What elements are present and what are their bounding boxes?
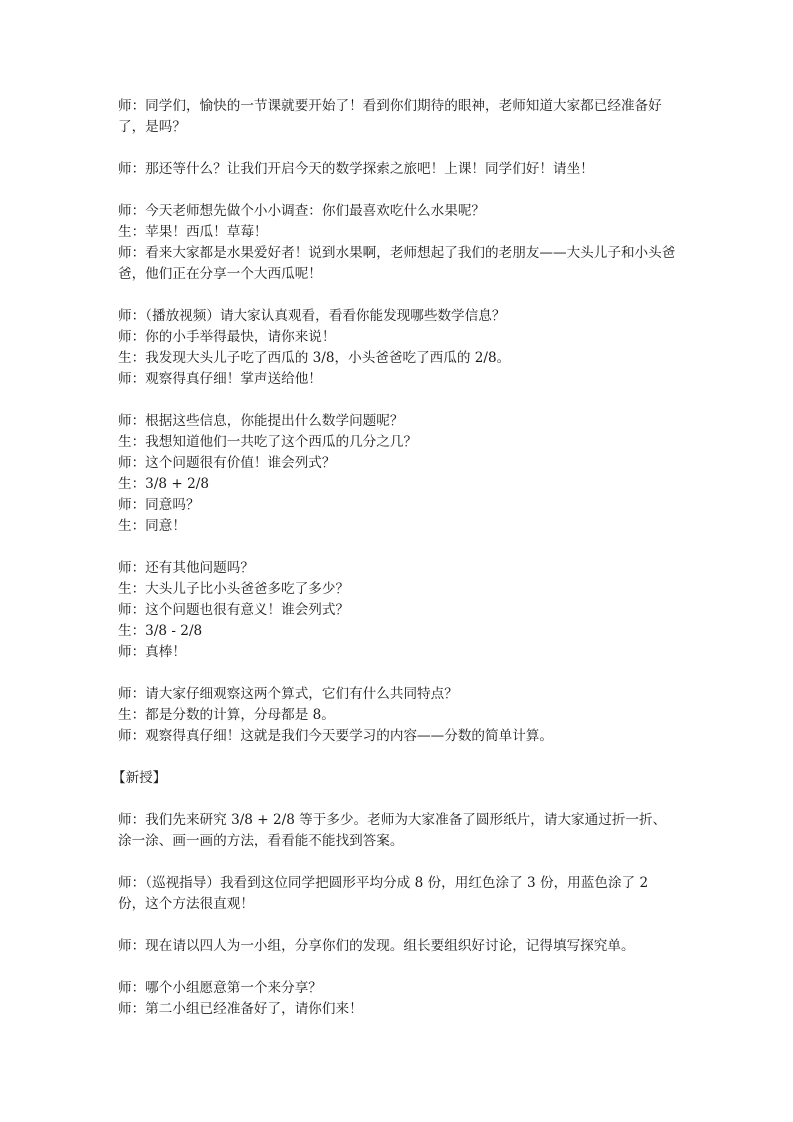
dialogue-line: 师：现在请以四人为一小组，分享你们的发现。组长要组织好讨论，记得填写探究单。	[118, 936, 678, 957]
paragraph-common-feature: 师：请大家仔细观察这两个算式，它们有什么共同特点？ 生：都是分数的计算，分母都是…	[118, 684, 678, 747]
section-heading-new-lesson: 【新授】	[112, 768, 678, 789]
dialogue-line: 生：3/8 - 2/8	[118, 621, 678, 642]
dialogue-line: 师：请大家仔细观察这两个算式，它们有什么共同特点？	[118, 684, 678, 705]
paragraph-subtraction-question: 师：还有其他问题吗？ 生：大头儿子比小头爸爸多吃了多少？ 师：这个问题也很有意义…	[118, 558, 678, 663]
dialogue-line: 师：第二小组已经准备好了，请你们来！	[118, 999, 678, 1020]
dialogue-line: 师：今天老师想先做个小小调查：你们最喜欢吃什么水果呢？	[118, 201, 678, 222]
paragraph-fruit-survey: 师：今天老师想先做个小小调查：你们最喜欢吃什么水果呢？ 生：苹果！西瓜！草莓！ …	[118, 201, 678, 285]
document-page: 师：同学们，愉快的一节课就要开始了！看到你们期待的眼神，老师知道大家都已经准备好…	[118, 96, 678, 1041]
dialogue-line: 生：都是分数的计算，分母都是 8。	[118, 705, 678, 726]
dialogue-line: 师：这个问题很有价值！谁会列式？	[118, 453, 678, 474]
dialogue-line: 生：我发现大头儿子吃了西瓜的 3/8，小头爸爸吃了西瓜的 2/8。	[118, 348, 678, 369]
dialogue-line: 师：观察得真仔细！掌声送给他！	[118, 369, 678, 390]
dialogue-line: 生：我想知道他们一共吃了这个西瓜的几分之几？	[118, 432, 678, 453]
dialogue-line: 生：大头儿子比小头爸爸多吃了多少？	[118, 579, 678, 600]
dialogue-line: 师：看来大家都是水果爱好者！说到水果啊，老师想起了我们的老朋友——大头儿子和小头…	[118, 243, 678, 285]
dialogue-line: 师：这个问题也很有意义！谁会列式？	[118, 600, 678, 621]
dialogue-line: 师：根据这些信息，你能提出什么数学问题呢？	[118, 411, 678, 432]
paragraph-explore-addition: 师：我们先来研究 3/8 + 2/8 等于多少。老师为大家准备了圆形纸片，请大家…	[118, 810, 678, 852]
paragraph-patrol-guidance: 师：（巡视指导）我看到这位同学把圆形平均分成 8 份，用红色涂了 3 份，用蓝色…	[118, 873, 678, 915]
paragraph-group-share: 师：哪个小组愿意第一个来分享？ 师：第二小组已经准备好了，请你们来！	[118, 978, 678, 1020]
dialogue-line: 生：苹果！西瓜！草莓！	[118, 222, 678, 243]
dialogue-line: 师：（巡视指导）我看到这位同学把圆形平均分成 8 份，用红色涂了 3 份，用蓝色…	[118, 873, 678, 915]
dialogue-line: 师：（播放视频）请大家认真观看，看看你能发现哪些数学信息？	[118, 306, 678, 327]
paragraph-addition-question: 师：根据这些信息，你能提出什么数学问题呢？ 生：我想知道他们一共吃了这个西瓜的几…	[118, 411, 678, 537]
paragraph-opening: 师：同学们，愉快的一节课就要开始了！看到你们期待的眼神，老师知道大家都已经准备好…	[118, 96, 678, 138]
dialogue-line: 师：你的小手举得最快，请你来说！	[118, 327, 678, 348]
dialogue-line: 师：真棒！	[118, 642, 678, 663]
dialogue-line: 师：同学们，愉快的一节课就要开始了！看到你们期待的眼神，老师知道大家都已经准备好…	[118, 96, 678, 138]
dialogue-line: 生：同意！	[118, 516, 678, 537]
dialogue-line: 师：那还等什么？让我们开启今天的数学探索之旅吧！上课！同学们好！请坐！	[118, 159, 678, 180]
paragraph-group-discussion: 师：现在请以四人为一小组，分享你们的发现。组长要组织好讨论，记得填写探究单。	[118, 936, 678, 957]
dialogue-line: 师：同意吗？	[118, 495, 678, 516]
paragraph-start-class: 师：那还等什么？让我们开启今天的数学探索之旅吧！上课！同学们好！请坐！	[118, 159, 678, 180]
dialogue-line: 师：还有其他问题吗？	[118, 558, 678, 579]
dialogue-line: 师：哪个小组愿意第一个来分享？	[118, 978, 678, 999]
paragraph-video: 师：（播放视频）请大家认真观看，看看你能发现哪些数学信息？ 师：你的小手举得最快…	[118, 306, 678, 390]
dialogue-line: 师：我们先来研究 3/8 + 2/8 等于多少。老师为大家准备了圆形纸片，请大家…	[118, 810, 678, 852]
dialogue-line: 师：观察得真仔细！这就是我们今天要学习的内容——分数的简单计算。	[118, 726, 678, 747]
dialogue-line: 生：3/8 + 2/8	[118, 474, 678, 495]
